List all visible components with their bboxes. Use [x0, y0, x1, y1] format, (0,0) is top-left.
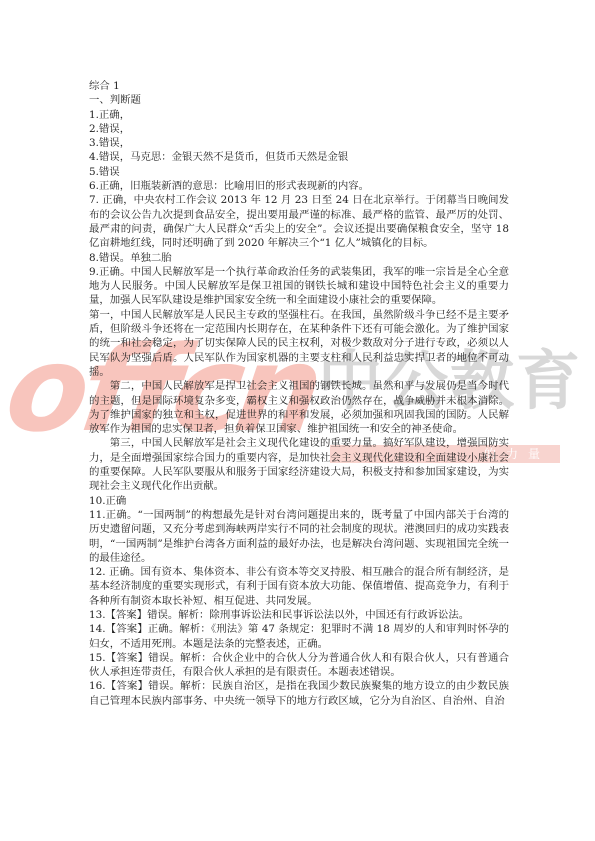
- answer-item-8: 8.错误。单独二胎: [89, 251, 509, 265]
- answer-item-11: 11.正确。“一国两制”的构想最先是针对台湾问题提出来的，既考量了中国内部关于台…: [89, 508, 509, 565]
- answer-item-1: 1.正确，: [89, 108, 509, 122]
- answer-item-4: 4.错误，马克思：金银天然不是货币，但货币天然是金银: [89, 150, 509, 164]
- answer-item-9: 9.正确。中国人民解放军是一个执行革命政治任务的武装集团，我军的唯一宗旨是全心全…: [89, 265, 509, 308]
- answer-item-12: 12. 正确。国有资本、集体资本、非公有资本等交叉持股、相互融合的混合所有制经济…: [89, 565, 509, 608]
- document-title: 综合 1: [89, 79, 509, 93]
- document-body: 综合 1 一、判断题 1.正确， 2.错误， 3.错误， 4.错误，马克思：金银…: [89, 79, 509, 708]
- answer-item-6: 6.正确，旧瓶装新酒的意思：比喻用旧的形式表现新的内容。: [89, 179, 509, 193]
- answer-item-3: 3.错误，: [89, 136, 509, 150]
- answer-item-13: 13.【答案】错误。解析：除刑事诉讼法和民事诉讼法以外，中国还有行政诉讼法。: [89, 608, 509, 622]
- answer-item-7: 7. 正确，中央农村工作会议 2013 年 12 月 23 日至 24 日在北京…: [89, 193, 509, 250]
- answer-item-14: 14.【答案】正确。解析：《刑法》第 47 条规定：犯罪时不满 18 周岁的人和…: [89, 622, 509, 651]
- answer-item-2: 2.错误，: [89, 122, 509, 136]
- section-heading: 一、判断题: [89, 93, 509, 107]
- answer-item-15: 15.【答案】错误。解析：合伙企业中的合伙人分为普通合伙人和有限合伙人，只有普通…: [89, 651, 509, 680]
- answer-item-16: 16.【答案】错误。解析：民族自治区，是指在我国少数民族聚集的地方设立的由少数民…: [89, 679, 509, 708]
- answer-item-9-point-3: 第三，中国人民解放军是社会主义现代化建设的重要力量。搞好军队建设，增强国防实力，…: [89, 436, 509, 493]
- document-page: offcn 中公教育 的力量 综合 1 一、判断题 1.正确， 2.错误， 3.…: [0, 0, 595, 841]
- answer-item-5: 5.错误: [89, 165, 509, 179]
- answer-item-10: 10.正确: [89, 494, 509, 508]
- answer-item-9-point-1: 第一，中国人民解放军是人民民主专政的坚强柱石。在我国，虽然阶级斗争已经不是主要矛…: [89, 308, 509, 379]
- answer-item-9-point-2: 第二，中国人民解放军是捍卫社会主义祖国的钢铁长城。虽然和平与发展仍是当今时代的主…: [89, 379, 509, 436]
